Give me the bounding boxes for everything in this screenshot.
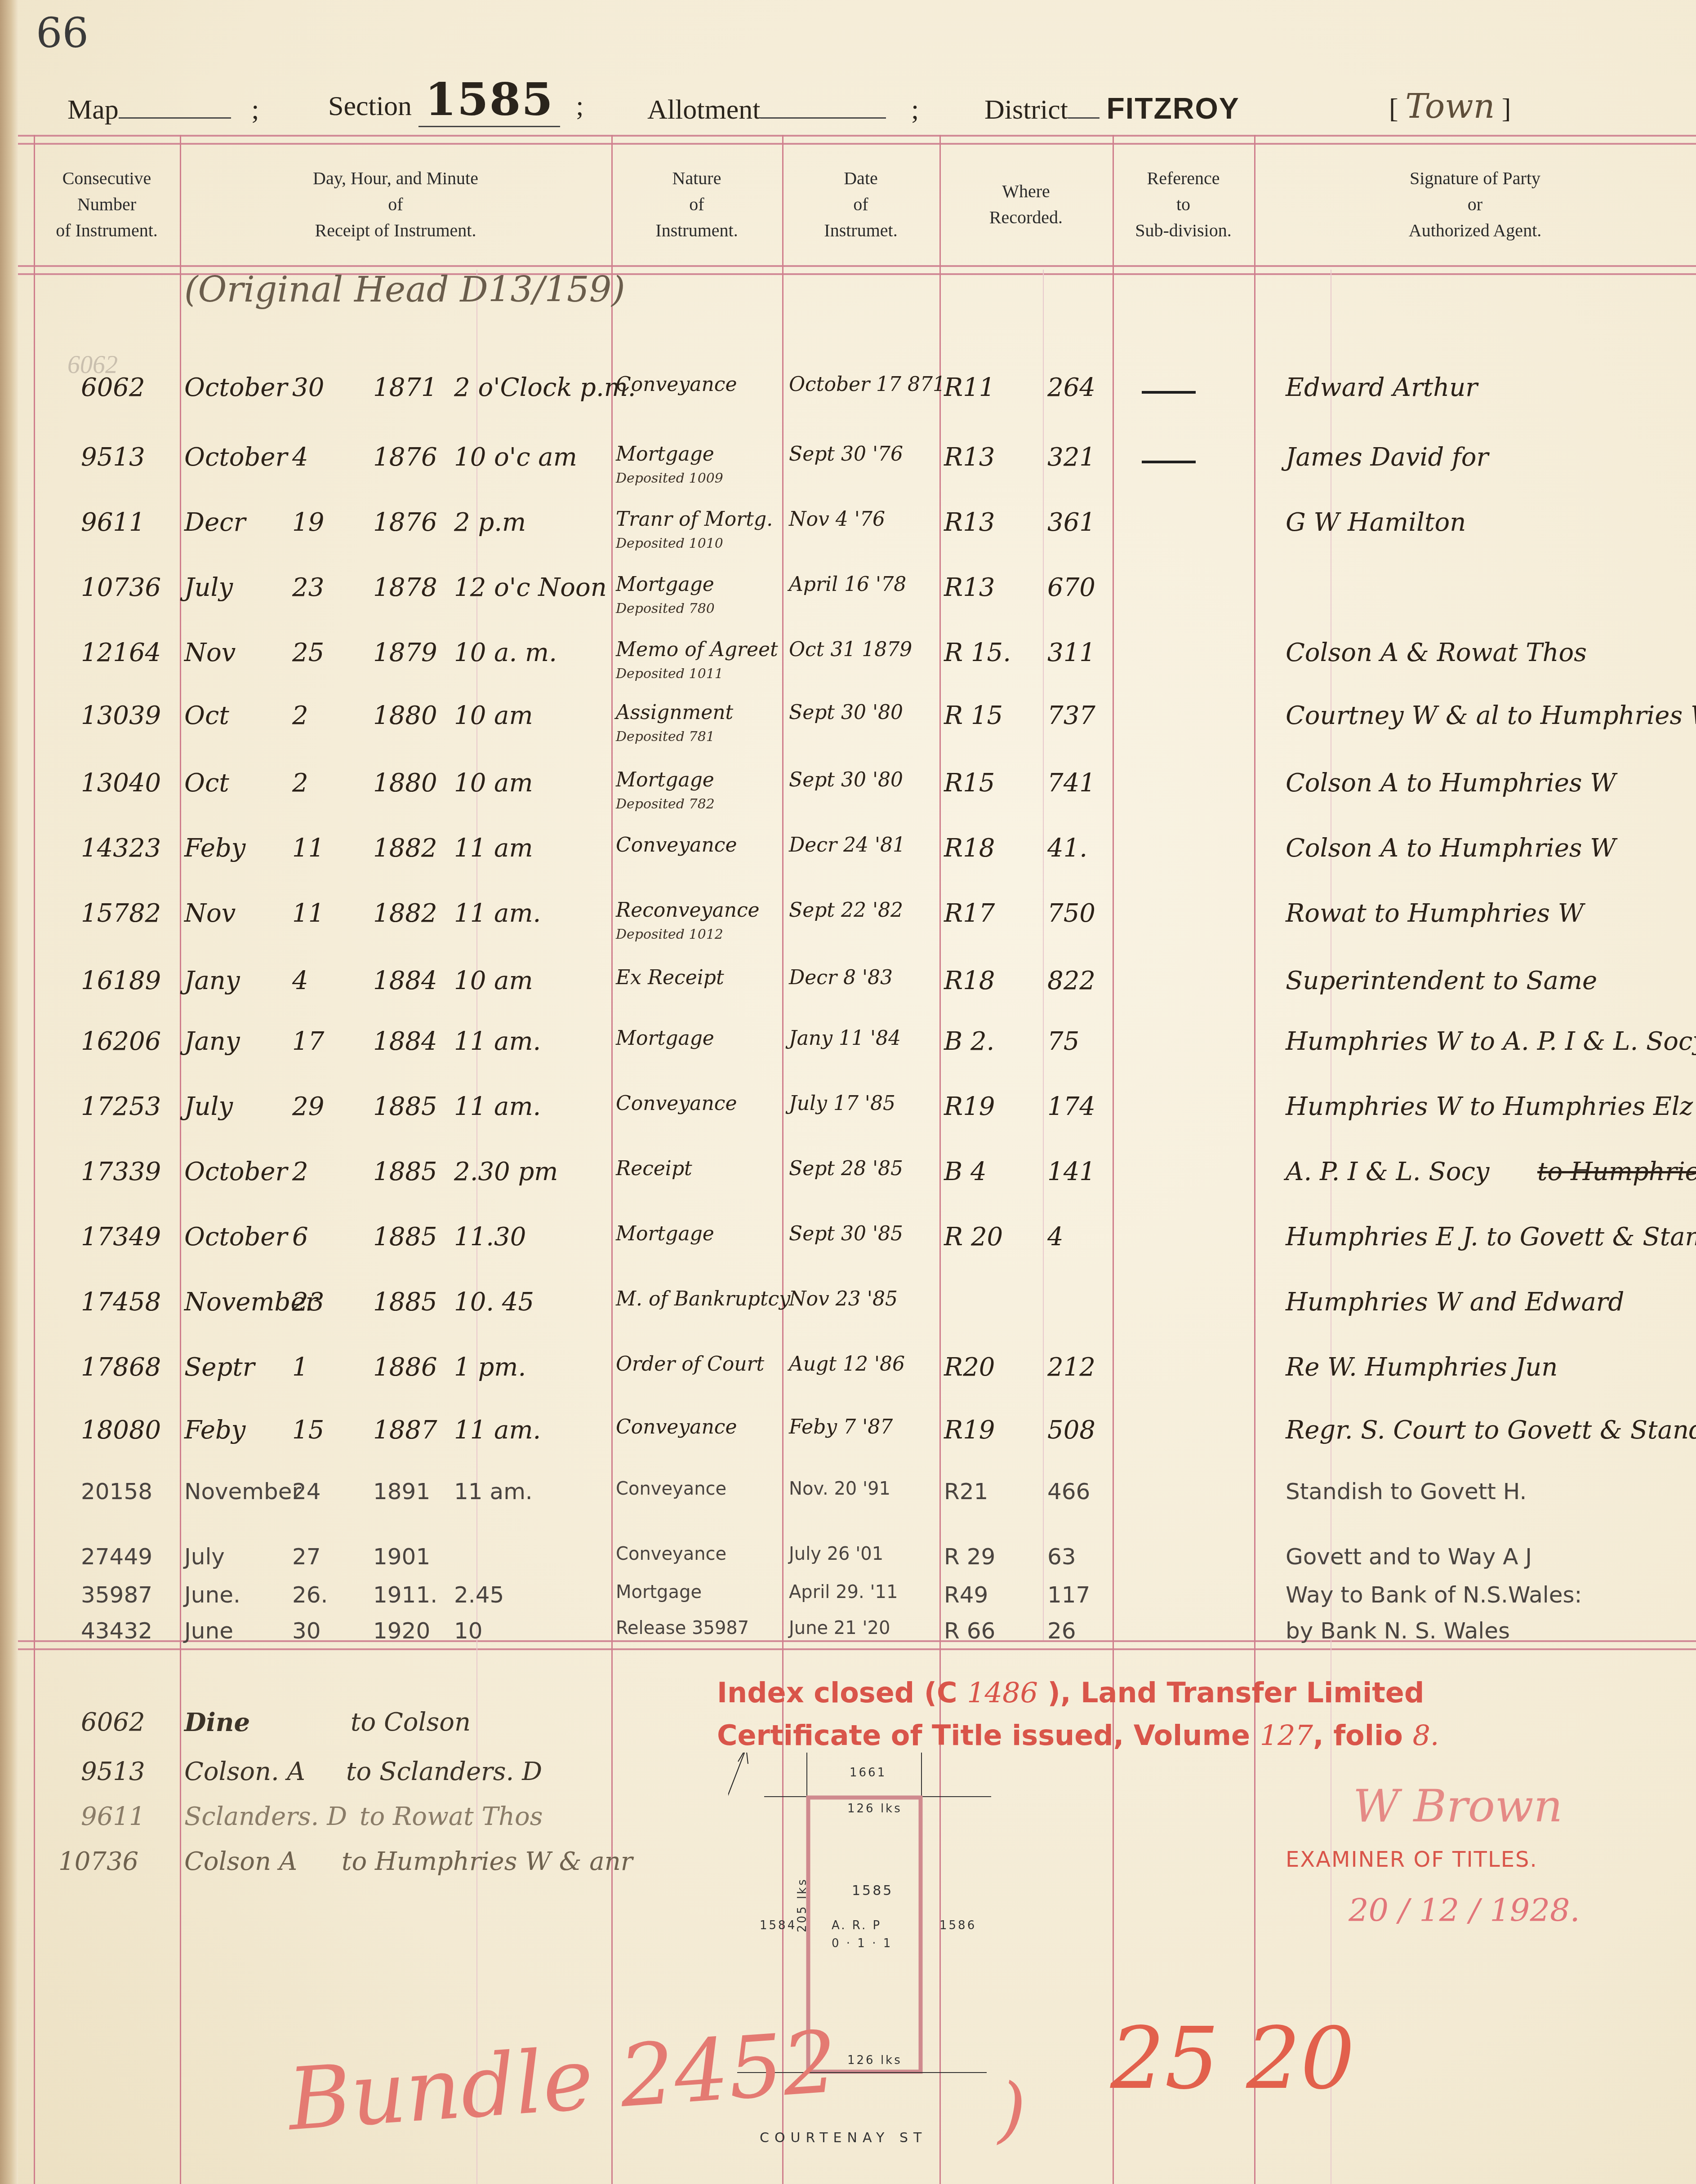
recorded-book: R19 [944,1092,995,1121]
stamp-handwritten-number: 1486 [967,1676,1038,1709]
party-signature: Courtney W & al to Humphries W [1286,701,1696,730]
entry-number: 17339 [81,1157,161,1186]
table-row: 43432June30192010Release 35987June 21 '2… [0,1618,1696,1663]
plan-east-lot: 1586 [939,1919,976,1932]
xref-number: 10736 [58,1847,138,1876]
map-value [119,113,231,119]
entry-number: 16206 [81,1027,161,1056]
separator: ; [251,94,259,125]
header-top-rule [18,135,1696,145]
district-blank [1068,113,1100,119]
receipt-day: 6 [292,1222,308,1252]
recorded-folio: 26 [1047,1618,1076,1644]
table-row: 13039Oct2188010 amAssignmentSept 30 '80R… [0,701,1696,746]
receipt-month: Jany [184,1027,240,1056]
receipt-year: 1885 [373,1157,437,1186]
recorded-folio: 75 [1047,1027,1079,1056]
deposit-note: Deposited 781 [616,729,715,745]
plan-area-header: A. R. P [832,1919,881,1932]
district-field: District FITZROY [984,91,1240,126]
stamp-handwritten-folio: 8. [1412,1719,1439,1752]
receipt-month: November [184,1478,301,1505]
header-line: to [1176,191,1190,218]
receipt-time: 11.30 [454,1222,526,1252]
table-row: 17458November23188510. 45M. of Bankruptc… [0,1287,1696,1332]
table-row: 12164Nov25187910 a. m.Memo of AgreetOct … [0,638,1696,683]
instrument-date: Jany 11 '84 [789,1027,901,1050]
instrument-nature: Conveyance [616,1544,726,1564]
receipt-month: Feby [184,834,245,863]
recorded-book: R21 [944,1478,988,1505]
entry-number: 17868 [81,1353,161,1382]
section-field: Section 1585 ; [328,73,584,126]
header-signature: Signature of Party or Authorized Agent. [1254,162,1696,247]
deposit-note: Deposited 780 [616,601,715,617]
header-date: Date of Instrumet. [782,162,939,247]
examiner-signature: W Brown [1353,1780,1562,1832]
instrument-date: Decr 8 '83 [789,966,893,989]
recorded-book: R 15. [944,638,1011,667]
instrument-date: Feby 7 '87 [789,1416,893,1438]
header-line: of [388,191,403,218]
bundle-right-number: 25 20 [1110,2009,1355,2108]
party-signature: Superintendent to Same [1286,966,1597,995]
recorded-book: R18 [944,834,995,863]
recorded-folio: 212 [1047,1353,1095,1382]
receipt-month: Oct [184,768,229,798]
receipt-year: 1891 [373,1478,430,1505]
xref-number: 9513 [81,1757,145,1786]
examiner-title-stamp: EXAMINER OF TITLES. [1286,1847,1538,1872]
receipt-year: 1885 [373,1222,437,1252]
recorded-folio: 670 [1047,573,1095,602]
receipt-year: 1901 [373,1544,430,1570]
receipt-month: October [184,443,287,472]
party-signature: Edward Arthur [1286,373,1478,402]
allotment-label: Allotment [647,94,760,125]
recorded-folio: 63 [1047,1544,1076,1570]
district-value: FITZROY [1106,92,1239,125]
recorded-book: R 15 [944,701,1003,730]
receipt-day: 2 [292,1157,308,1186]
instrument-nature: Conveyance [616,834,737,857]
allotment-value [760,113,886,119]
instrument-date: Augt 12 '86 [789,1353,905,1376]
party-signature: Way to Bank of N.S.Wales: [1286,1582,1582,1608]
instrument-date: Nov. 20 '91 [789,1478,890,1499]
receipt-time: 2.45 [454,1582,504,1608]
receipt-time: 10 am [454,701,533,730]
recorded-book: R 29 [944,1544,995,1570]
allotment-field: Allotment ; [647,94,919,126]
entry-number: 18080 [81,1416,161,1445]
title-line: Map ; Section 1585 ; Allotment ; Distric… [67,81,1660,130]
instrument-date: April 16 '78 [789,573,906,596]
entry-number: 9513 [81,443,145,472]
receipt-day: 30 [292,373,324,402]
receipt-day: 2 [292,701,308,730]
xref-number: 6062 [81,1708,145,1737]
receipt-year: 1876 [373,508,437,537]
xref-to: to Sclanders. D [346,1757,542,1786]
plan-lot-number: 1585 [852,1883,893,1899]
instrument-date: Sept 30 '80 [789,701,903,724]
receipt-time: 11 am [454,834,533,863]
xref-from: Colson A [184,1847,297,1876]
receipt-day: 30 [292,1618,321,1644]
recorded-book: R13 [944,573,995,602]
deposit-note: Deposited 782 [616,796,715,812]
plan-area-value: 0 · 1 · 1 [832,1937,892,1950]
receipt-year: 1886 [373,1353,437,1382]
recorded-folio: 508 [1047,1416,1095,1445]
header-line: Receipt of Instrument. [315,218,476,244]
receipt-month: October [184,373,287,402]
examiner-date: 20 / 12 / 1928. [1349,1892,1580,1929]
table-row: 6062October3018712 o'Clock p.m.Conveyanc… [0,373,1696,418]
party-signature: Humphries W and Edward [1286,1287,1624,1317]
recorded-folio: 117 [1047,1582,1090,1608]
receipt-day: 23 [292,573,324,602]
instrument-nature: Release 35987 [616,1618,749,1638]
recorded-book: R 20 [944,1222,1003,1252]
receipt-time: 2 p.m [454,508,526,537]
receipt-month: June [184,1618,233,1644]
party-signature: Humphries E J. to Govett & Standish [1286,1222,1696,1252]
receipt-time: 2.30 pm [454,1157,558,1186]
xref-to: to Humphries W & anr [342,1847,633,1876]
deposit-note: Deposited 1009 [616,471,723,486]
receipt-month: October [184,1157,287,1186]
certificate-issued-stamp: Certificate of Title issued, Volume 127,… [717,1719,1439,1752]
entry-number: 27449 [81,1544,152,1570]
reference-dash [1142,391,1196,394]
plan-bottom-dimension: 126 lks [847,2054,902,2067]
party-signature: Colson A & Rowat Thos [1286,638,1587,667]
instrument-date: Sept 30 '85 [789,1222,903,1245]
close-bracket: ] [1495,93,1511,124]
header-consecutive-number: Consecutive Number of Instrument. [34,162,180,247]
separator: ; [576,91,583,121]
instrument-date: Decr 24 '81 [789,834,905,857]
receipt-time: 10 a. m. [454,638,557,667]
receipt-day: 4 [292,443,308,472]
receipt-time: 11 am. [454,1478,533,1505]
instrument-nature: Conveyance [616,1092,737,1115]
entry-number: 10736 [81,573,161,602]
table-row: 17868Septr118861 pm.Order of CourtAugt 1… [0,1353,1696,1398]
receipt-day: 11 [292,834,324,863]
entry-number: 43432 [81,1618,152,1644]
header-line: of [853,191,868,218]
instrument-nature: Mortgage [616,443,714,466]
instrument-nature: Assignment [616,701,733,724]
receipt-year: 1876 [373,443,437,472]
plan-north-lot: 1661 [850,1766,886,1780]
header-line: of Instrument. [56,218,158,244]
receipt-day: 29 [292,1092,324,1121]
receipt-year: 1871 [373,373,437,402]
receipt-month: July [184,1092,233,1121]
stamp-handwritten-volume: 127 [1260,1719,1313,1752]
recorded-book: R15 [944,768,995,798]
district-type-value: Town [1405,87,1495,126]
bundle-note-bracket: ) [998,2067,1026,2151]
xref-from: Dine [184,1708,250,1737]
instrument-date: April 29. '11 [789,1582,898,1602]
table-row: 16206Jany17188411 am.MortgageJany 11 '84… [0,1027,1696,1072]
plan-top-dimension: 126 lks [847,1802,902,1816]
header-line: or [1468,191,1482,218]
open-bracket: [ [1389,93,1405,124]
stamp-text: ), Land Transfer Limited [1048,1676,1424,1709]
receipt-year: 1882 [373,899,437,928]
recorded-book: R13 [944,443,995,472]
table-row: 20158November24189111 am.ConveyanceNov. … [0,1478,1696,1523]
section-label: Section [328,91,412,121]
party-signature: Colson A to Humphries W [1286,834,1616,863]
party-signature: A. P. I & L. Socy [1286,1157,1489,1186]
header-line: Recorded. [989,204,1063,231]
entry-number: 15782 [81,899,161,928]
xref-from: Sclanders. D [184,1802,347,1831]
party-signature: Regr. S. Court to Govett & Standish [1286,1416,1696,1445]
map-label: Map [67,94,119,125]
stamp-text: Certificate of Title issued, Volume [717,1719,1250,1752]
recorded-folio: 741 [1047,768,1095,798]
table-row: 10736July23187812 o'c NoonMortgageApril … [0,573,1696,618]
receipt-day: 17 [292,1027,324,1056]
instrument-nature: Reconveyance [616,899,760,922]
receipt-year: 1878 [373,573,437,602]
receipt-month: Oct [184,701,229,730]
receipt-year: 1880 [373,768,437,798]
party-signature: Colson A to Humphries W [1286,768,1616,798]
receipt-day: 24 [292,1478,321,1505]
entry-number: 13039 [81,701,161,730]
receipt-month: June. [184,1582,240,1608]
stamp-text: , folio [1313,1719,1403,1752]
instrument-date: Sept 28 '85 [789,1157,903,1180]
instrument-nature: Mortgage [616,768,714,791]
receipt-month: Nov [184,899,236,928]
section-value: 1585 [418,73,560,127]
recorded-book: B 2. [944,1027,994,1056]
recorded-folio: 141 [1047,1157,1095,1186]
instrument-nature: Conveyance [616,1416,737,1438]
header-line: of [689,191,704,218]
receipt-month: Septr [184,1353,255,1382]
party-signature: G W Hamilton [1286,508,1466,537]
instrument-date: Nov 4 '76 [789,508,885,531]
recorded-folio: 41. [1047,834,1087,863]
index-closed-stamp: Index closed (C 1486 ), Land Transfer Li… [717,1676,1424,1709]
instrument-date: Nov 23 '85 [789,1287,898,1310]
instrument-date: July 17 '85 [789,1092,895,1115]
receipt-year: 1885 [373,1092,437,1121]
recorded-folio: 311 [1047,638,1095,667]
header-line: Sub-division. [1135,218,1231,244]
xref-to: to Colson [351,1708,471,1737]
recorded-folio: 750 [1047,899,1095,928]
receipt-day: 23 [292,1287,324,1317]
recorded-book: R49 [944,1582,988,1608]
party-signature: Standish to Govett H. [1286,1478,1527,1505]
instrument-nature: Receipt [616,1157,692,1180]
receipt-time: 10. 45 [454,1287,534,1317]
plan-side-dimension: 205 lks [796,1878,809,1932]
header-line: Date [844,165,878,191]
recorded-book: R 66 [944,1618,995,1644]
instrument-nature: Mortgage [616,1222,714,1245]
receipt-day: 11 [292,899,324,928]
table-row: 15782Nov11188211 am.ReconveyanceSept 22 … [0,899,1696,944]
recorded-folio: 321 [1047,443,1095,472]
stamp-text: Index closed (C [717,1676,957,1709]
receipt-year: 1884 [373,1027,437,1056]
recorded-folio: 361 [1047,508,1095,537]
receipt-day: 27 [292,1544,321,1570]
header-line: Where [1002,178,1050,204]
receipt-month: July [184,1544,225,1570]
entry-number: 17349 [81,1222,161,1252]
table-row: 9611Decr1918762 p.mTranr of Mortg.Nov 4 … [0,508,1696,553]
party-signature: Humphries W to Humphries Elz J [1286,1092,1696,1121]
recorded-book: R11 [944,373,995,402]
header-line: Instrumet. [824,218,897,244]
party-signature: James David for [1286,443,1488,472]
receipt-time: 11 am. [454,1027,541,1056]
plan-street-name: COURTENAY ST [760,2130,927,2146]
recorded-book: R13 [944,508,995,537]
recorded-book: B 4 [944,1157,987,1186]
map-field: Map ; [67,94,259,126]
table-row: 9513October4187610 o'c amMortgageSept 30… [0,443,1696,488]
instrument-date: Oct 31 1879 [789,638,912,661]
receipt-time: 12 o'c Noon [454,573,607,602]
recorded-book: R20 [944,1353,995,1382]
receipt-month: Nov [184,638,236,667]
receipt-year: 1880 [373,701,437,730]
entry-number: 35987 [81,1582,152,1608]
instrument-nature: Conveyance [616,373,737,396]
table-row: 17339October218852.30 pmReceiptSept 28 '… [0,1157,1696,1202]
entry-number: 12164 [81,638,161,667]
xref-from: Colson. A [184,1757,305,1786]
party-signature: by Bank N. S. Wales [1286,1618,1510,1644]
table-row: 16189Jany4188410 amEx ReceiptDecr 8 '83R… [0,966,1696,1011]
xref-to: to Rowat Thos [360,1802,543,1831]
header-line: Day, Hour, and Minute [313,165,478,191]
receipt-day: 19 [292,508,324,537]
plan-west-lot: 1584 [760,1919,797,1932]
instrument-nature: Mortgage [616,1582,702,1602]
header-line: Reference [1147,165,1220,191]
receipt-year: 1887 [373,1416,437,1445]
recorded-book: R18 [944,966,995,995]
xref-number: 9611 [81,1802,145,1831]
receipt-month: July [184,573,233,602]
entry-number: 16189 [81,966,161,995]
deposit-note: Deposited 1011 [616,666,723,682]
receipt-month: October [184,1222,287,1252]
instrument-date: Sept 30 '76 [789,443,903,466]
district-label: District [984,94,1068,125]
receipt-day: 1 [292,1353,308,1382]
receipt-day: 15 [292,1416,324,1445]
header-line: Consecutive [62,165,151,191]
instrument-nature: Order of Court [616,1353,764,1376]
receipt-year: 1884 [373,966,437,995]
recorded-folio: 4 [1047,1222,1064,1252]
receipt-year: 1911. [373,1582,437,1608]
original-head-note: (Original Head D13/159) [184,270,625,310]
receipt-day: 4 [292,966,308,995]
district-type: [ Town ] [1389,87,1511,126]
receipt-time: 11 am. [454,1416,541,1445]
receipt-year: 1885 [373,1287,437,1317]
party-signature: Rowat to Humphries W [1286,899,1584,928]
receipt-day: 2 [292,768,308,798]
instrument-nature: Memo of Agreet [616,638,778,661]
header-line: Nature [672,165,721,191]
instrument-date: October 17 871 [789,373,945,396]
deposit-note: Deposited 1012 [616,927,723,942]
receipt-time: 10 [454,1618,483,1644]
table-row: 17253July29188511 am.ConveyanceJuly 17 '… [0,1092,1696,1137]
instrument-nature: Mortgage [616,573,714,596]
instrument-nature: Ex Receipt [616,966,724,989]
receipt-day: 25 [292,638,324,667]
receipt-month: Jany [184,966,240,995]
party-signature: Govett and to Way A J [1286,1544,1532,1570]
table-row: 13040Oct2188010 amMortgageSept 30 '80R15… [0,768,1696,813]
entry-number: 20158 [81,1478,152,1505]
header-line: Instrument. [655,218,738,244]
entry-number: 9611 [81,508,145,537]
receipt-time: 11 am. [454,899,541,928]
instrument-nature: Conveyance [616,1478,726,1499]
receipt-time: 1 pm. [454,1353,526,1382]
instrument-nature: Mortgage [616,1027,714,1050]
receipt-time: 11 am. [454,1092,541,1121]
entry-number: 17253 [81,1092,161,1121]
receipt-time: 10 am [454,768,533,798]
receipt-month: Decr [184,508,245,537]
table-row: 14323Feby11188211 amConveyanceDecr 24 '8… [0,834,1696,879]
recorded-book: R17 [944,899,995,928]
page-number: 66 [36,9,89,57]
receipt-time: 10 o'c am [454,443,577,472]
receipt-time: 2 o'Clock p.m. [454,373,636,402]
struck-signature: to Humphries E J [1537,1157,1696,1186]
receipt-time: 10 am [454,966,533,995]
header-where-recorded: Where Recorded. [939,162,1113,247]
receipt-year: 1882 [373,834,437,863]
header-nature: Nature of Instrument. [611,162,782,247]
recorded-folio: 174 [1047,1092,1095,1121]
receipt-year: 1920 [373,1618,430,1644]
receipt-month: Feby [184,1416,245,1445]
party-signature: Re W. Humphries Jun [1286,1353,1558,1382]
recorded-folio: 822 [1047,966,1095,995]
recorded-folio: 264 [1047,373,1095,402]
instrument-date: July 26 '01 [789,1544,883,1564]
header-reference: Reference to Sub-division. [1113,162,1254,247]
entry-number: 13040 [81,768,161,798]
receipt-year: 1879 [373,638,437,667]
entry-number: 6062 [81,373,145,402]
